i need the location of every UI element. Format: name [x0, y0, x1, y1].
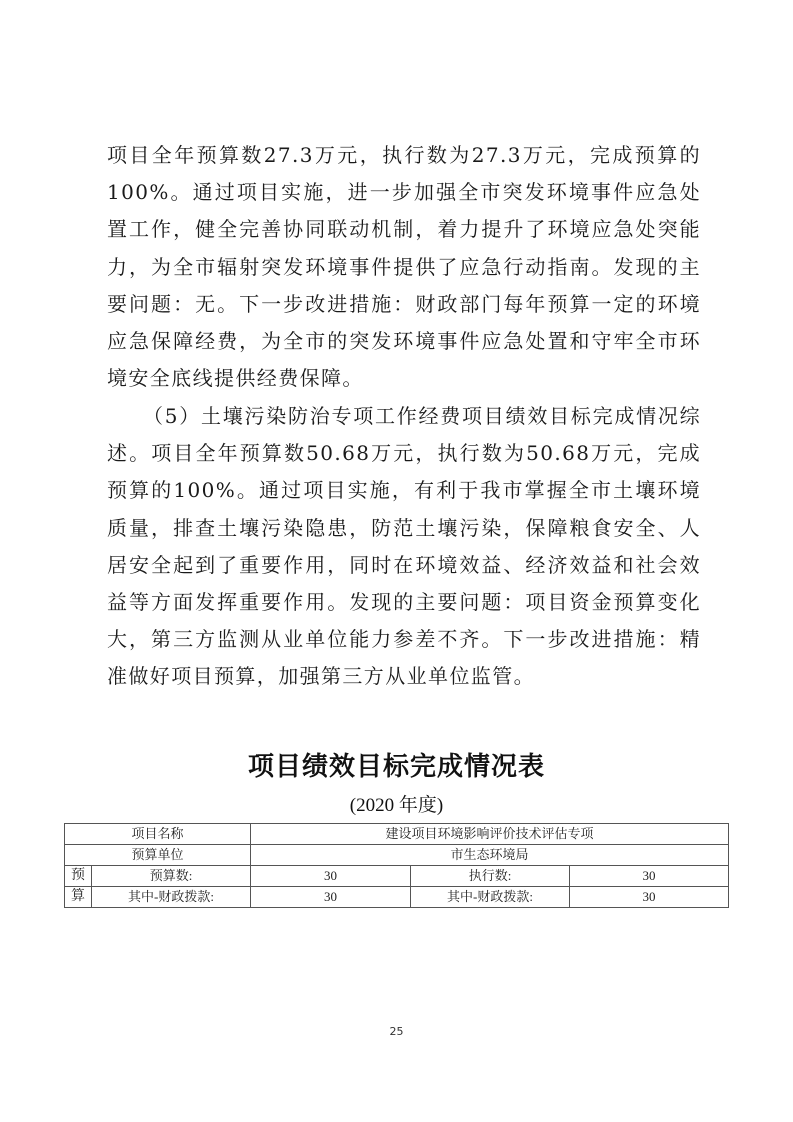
budget-unit-label: 预算单位 — [65, 845, 251, 866]
table-title: 项目绩效目标完成情况表 — [0, 746, 793, 783]
page-number: 25 — [0, 1025, 793, 1038]
exec-fiscal-allocation-value: 30 — [570, 887, 729, 908]
execution-amount-label: 执行数: — [411, 866, 570, 887]
exec-fiscal-allocation-label: 其中-财政拨款: — [411, 887, 570, 908]
budget-group-label-top: 预 — [65, 866, 92, 887]
paragraph-soil-pollution-project-summary: （5）土壤污染防治专项工作经费项目绩效目标完成情况综述。项目全年预算数50.68… — [107, 398, 701, 696]
budget-amount-value: 30 — [251, 866, 411, 887]
project-name-label: 项目名称 — [65, 824, 251, 845]
budget-unit-value: 市生态环境局 — [251, 845, 729, 866]
table-row-fiscal-allocation: 算 其中-财政拨款: 30 其中-财政拨款: 30 — [65, 887, 729, 908]
fiscal-allocation-label: 其中-财政拨款: — [92, 887, 251, 908]
budget-group-label-bottom: 算 — [65, 887, 92, 908]
document-page: 项目全年预算数27.3万元，执行数为27.3万元，完成预算的100%。通过项目实… — [0, 0, 793, 1122]
budget-amount-label: 预算数: — [92, 866, 251, 887]
table-row-budget-amount: 预 预算数: 30 执行数: 30 — [65, 866, 729, 887]
fiscal-allocation-value: 30 — [251, 887, 411, 908]
performance-table: 项目名称 建设项目环境影响评价技术评估专项 预算单位 市生态环境局 预 预算数:… — [64, 823, 729, 908]
table-row-budget-unit: 预算单位 市生态环境局 — [65, 845, 729, 866]
table-row-project-name: 项目名称 建设项目环境影响评价技术评估专项 — [65, 824, 729, 845]
project-name-value: 建设项目环境影响评价技术评估专项 — [251, 824, 729, 845]
execution-amount-value: 30 — [570, 866, 729, 887]
paragraph-emergency-project-summary: 项目全年预算数27.3万元，执行数为27.3万元，完成预算的100%。通过项目实… — [107, 137, 701, 397]
table-subtitle-year: (2020 年度) — [0, 790, 793, 817]
